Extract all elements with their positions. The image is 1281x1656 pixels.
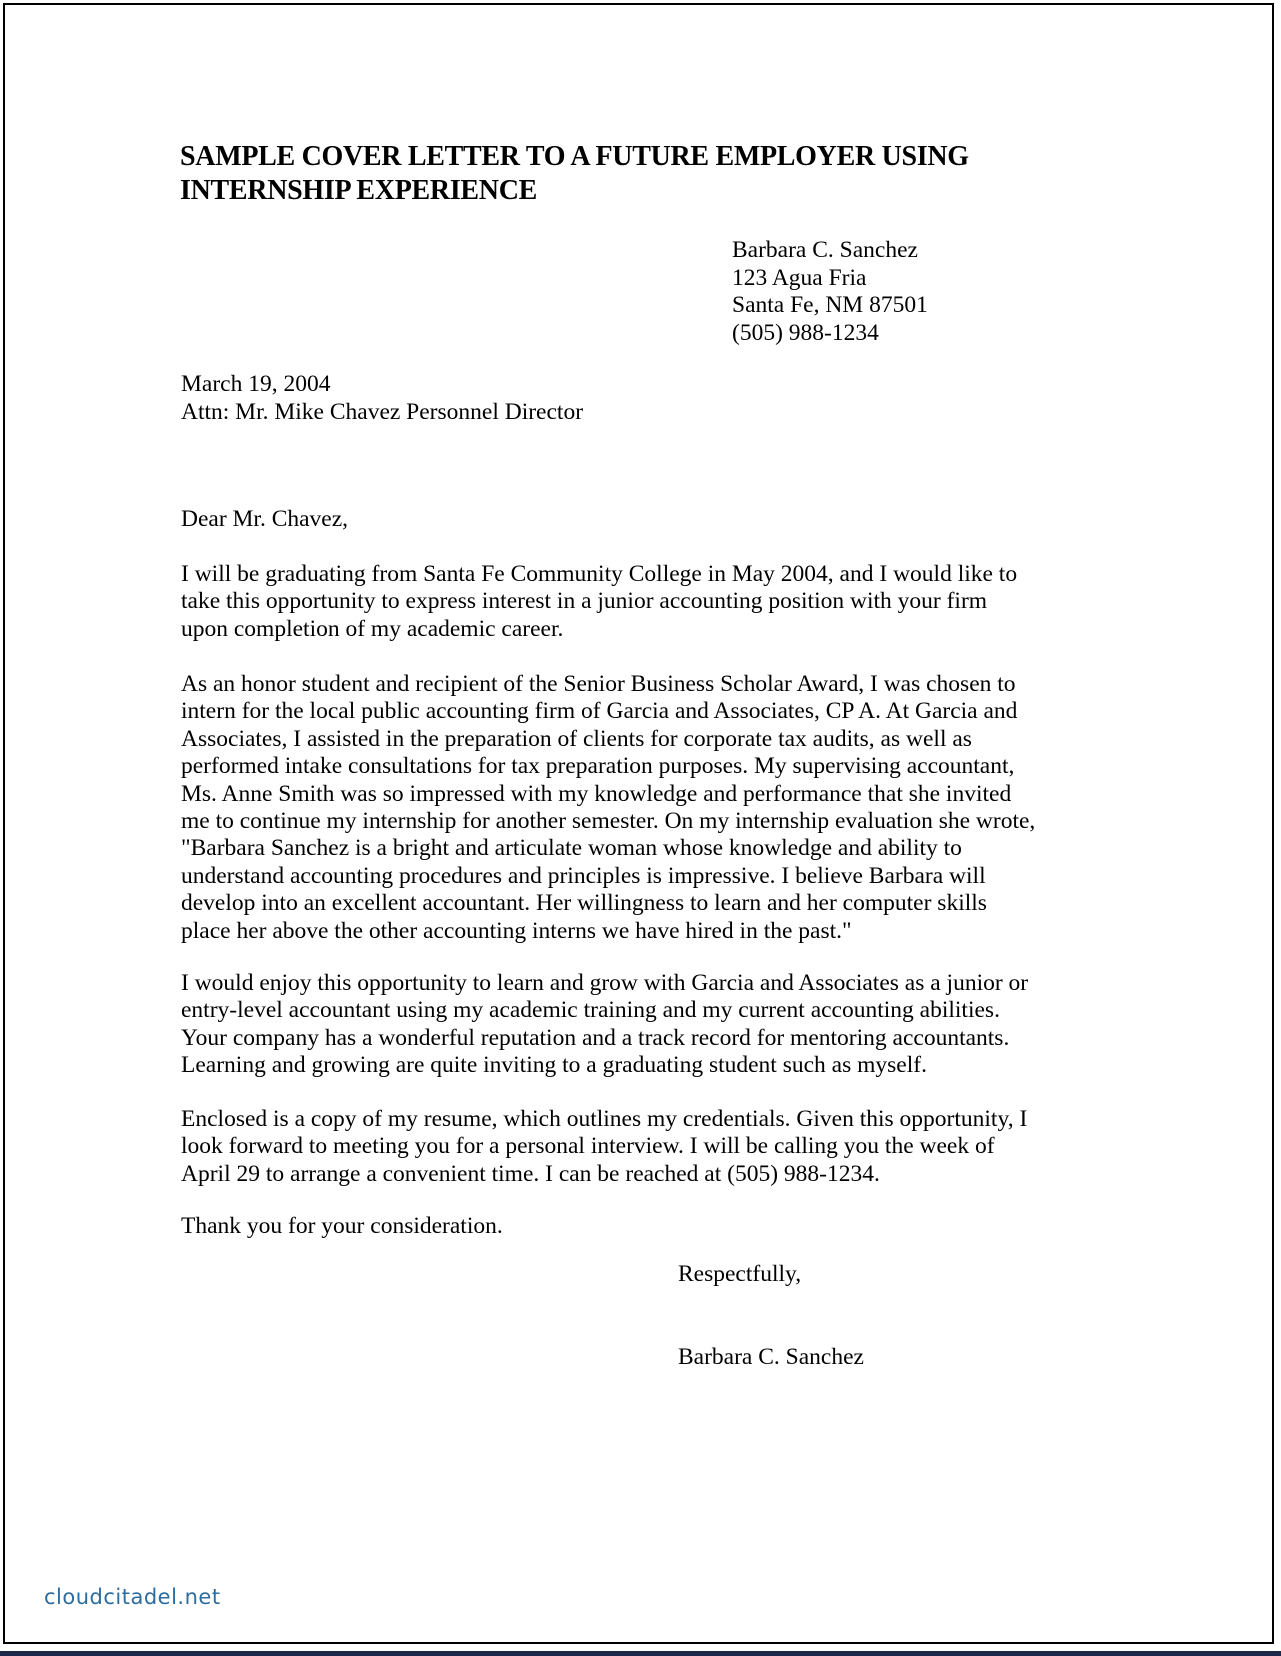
date-line: March 19, 2004: [181, 371, 330, 398]
sender-name: Barbara C. Sanchez: [732, 237, 928, 265]
salutation: Dear Mr. Chavez,: [181, 506, 348, 533]
sender-city-state-zip: Santa Fe, NM 87501: [732, 292, 928, 320]
watermark-link[interactable]: cloudcitadel.net: [44, 1585, 221, 1609]
letter-paragraph: I will be graduating from Santa Fe Commu…: [181, 561, 1036, 643]
letter-paragraph: As an honor student and recipient of the…: [181, 671, 1036, 945]
bottom-bar: [0, 1651, 1281, 1656]
attention-line: Attn: Mr. Mike Chavez Personnel Director: [181, 399, 583, 426]
sender-phone: (505) 988-1234: [732, 320, 928, 348]
sender-address-block: Barbara C. Sanchez 123 Agua Fria Santa F…: [732, 237, 928, 347]
closing-line: Respectfully,: [678, 1261, 801, 1288]
letter-paragraph: Enclosed is a copy of my resume, which o…: [181, 1106, 1036, 1188]
sender-street: 123 Agua Fria: [732, 265, 928, 293]
signature-name: Barbara C. Sanchez: [678, 1344, 864, 1371]
document-page: SAMPLE COVER LETTER TO A FUTURE EMPLOYER…: [0, 0, 1281, 1656]
letter-paragraph: I would enjoy this opportunity to learn …: [181, 970, 1036, 1080]
letter-title: SAMPLE COVER LETTER TO A FUTURE EMPLOYER…: [180, 140, 1025, 208]
letter-paragraph: Thank you for your consideration.: [181, 1213, 1036, 1240]
